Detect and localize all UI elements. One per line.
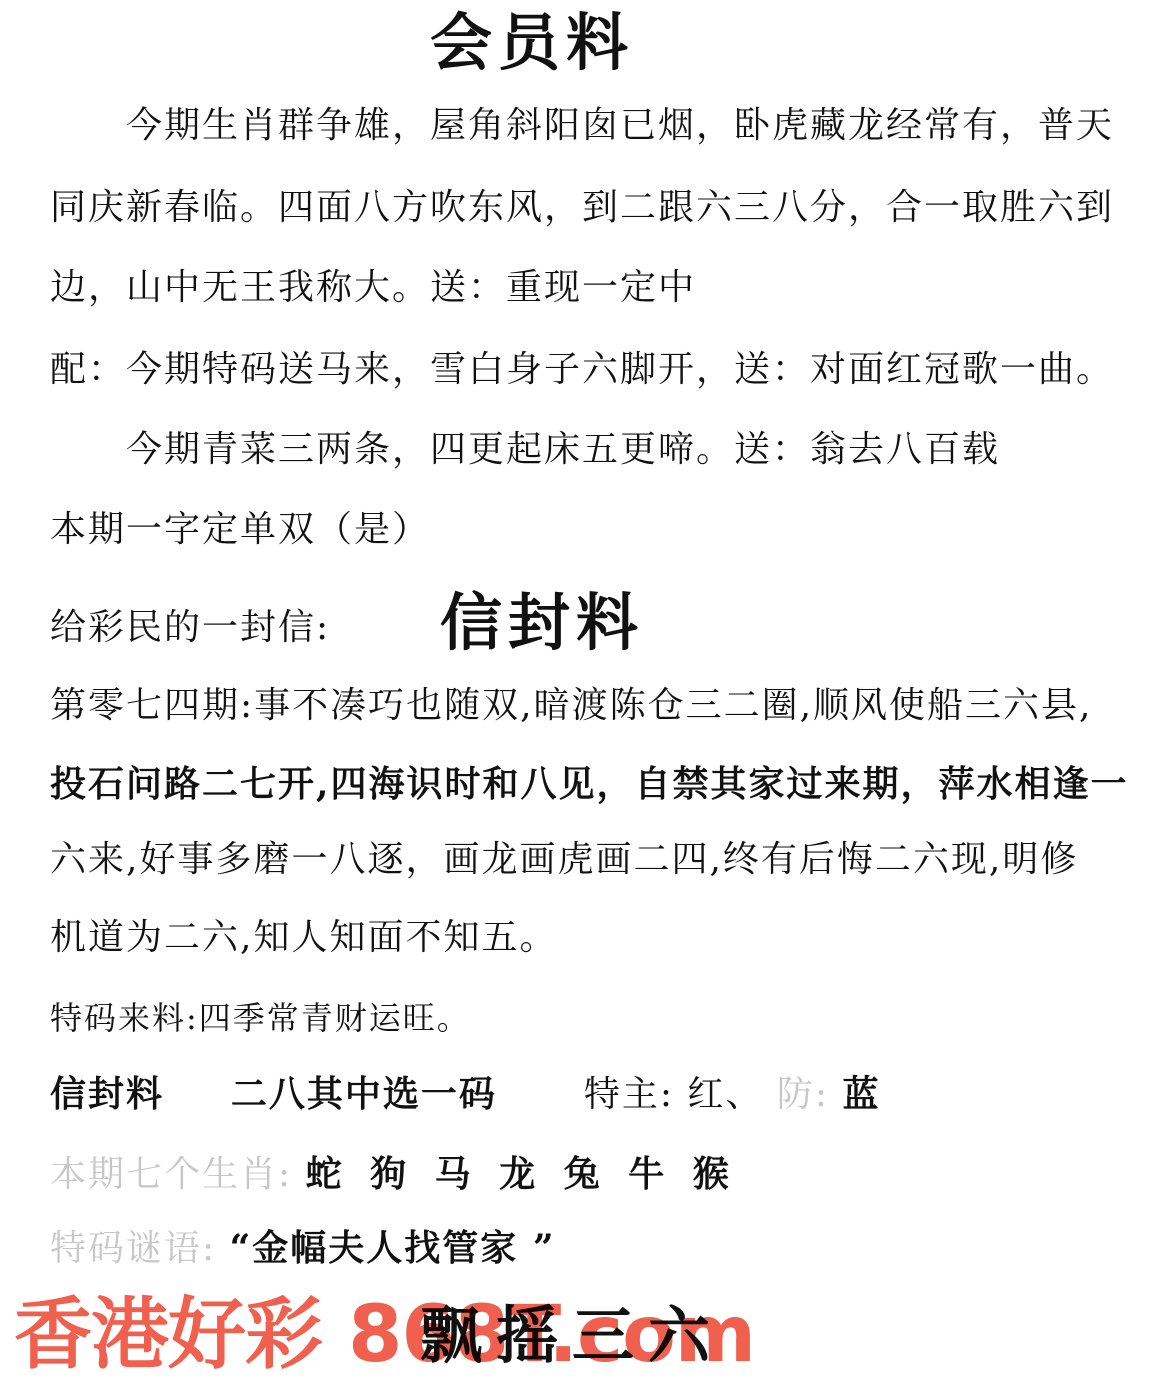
member-line-1: 今期生肖群争雄，屋角斜阳囱已烟，卧虎藏龙经常有，普天 (126, 104, 1114, 148)
envelope-prefix: 给彩民的一封信: (50, 606, 330, 650)
member-line-5: 今期青菜三两条，四更起床五更啼。送：翁去八百载 (126, 428, 1000, 472)
member-line-6: 本期一字定单双（是） (50, 508, 430, 552)
member-line-2: 同庆新春临。四面八方吹东风，到二跟六三八分，合一取胜六到 (50, 186, 1114, 230)
envelope-line-4: 机道为二六,知人知面不知五。 (50, 916, 557, 960)
riddle-value: “金幅夫人找管家 ” (230, 1227, 556, 1269)
summary-guard-value: 蓝 (843, 1073, 881, 1115)
summary-row: 信封料 二八其中选一码 特主: 红、 防: 蓝 (50, 1072, 881, 1117)
summary-label: 信封料 (50, 1073, 164, 1115)
riddle-label: 特码谜语: (50, 1228, 216, 1269)
summary-guard-label: 防: (777, 1074, 829, 1115)
envelope-line-2: 投石问路二七开,四海识时和八见，自禁其家过来期，萍水相逢一 (50, 762, 1129, 806)
riddle-row: 特码谜语: “金幅夫人找管家 ” (50, 1226, 556, 1271)
envelope-title: 信封料 (440, 588, 644, 658)
member-line-4: 配：今期特码送马来，雪白身子六脚开，送：对面红冠歌一曲。 (50, 348, 1114, 392)
envelope-line-3: 六来,好事多磨一八逐，画龙画虎画二四,终有后悔二六现,明修 (50, 838, 1078, 882)
summary-main-label: 特主: (584, 1074, 674, 1115)
zodiac-row: 本期七个生肖: 蛇 狗 马 龙 兔 牛 猴 (50, 1152, 737, 1197)
summary-pick: 二八其中选一码 (231, 1073, 497, 1115)
special-code-line: 特码来料:四季常青财运旺。 (50, 996, 471, 1040)
bottom-title: 飘摇三六 (420, 1300, 724, 1372)
envelope-line-1: 第零七四期:事不凑巧也随双,暗渡陈仓三二圈,顺风使船三六县, (50, 684, 1092, 728)
zodiac-label: 本期七个生肖: (50, 1154, 292, 1195)
summary-main-value: 红、 (687, 1074, 763, 1115)
member-title: 会员料 (430, 8, 634, 78)
member-line-3: 边，山中无王我称大。送：重现一定中 (50, 266, 696, 310)
zodiac-values: 蛇 狗 马 龙 兔 牛 猴 (306, 1153, 737, 1195)
